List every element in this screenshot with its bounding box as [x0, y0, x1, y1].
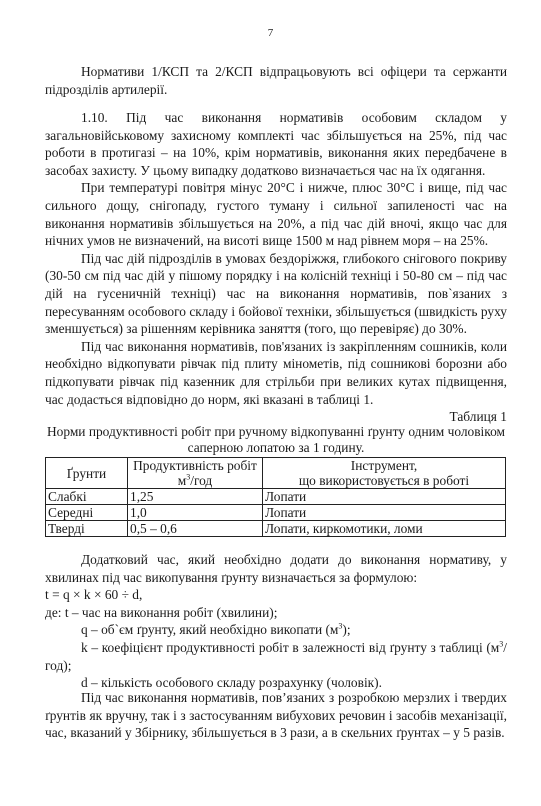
legend-q: q – об`єм ґрунту, який необхідно викопат…	[45, 621, 507, 639]
paragraph-frozen-soils: Під час виконання нормативів, пов’язаних…	[45, 689, 507, 742]
cell-tool: Лопати	[263, 489, 506, 505]
table-row: Слабкі 1,25 Лопати	[46, 489, 506, 505]
table-header-row: Ґрунти Продуктивність робіт м3/год Інстр…	[46, 458, 506, 489]
header-productivity: Продуктивність робіт м3/год	[128, 458, 263, 489]
section-1-10: 1.10. Під час виконання нормативів особо…	[45, 109, 507, 408]
cell-soil: Тверді	[46, 521, 128, 537]
cell-productivity: 0,5 – 0,6	[128, 521, 263, 537]
paragraph-frozen-soils-block: Під час виконання нормативів, пов’язаних…	[45, 689, 507, 742]
legend-t: де: t – час на виконання робіт (хвилини)…	[45, 604, 507, 622]
paragraph-ksp-norms: Нормативи 1/КСП та 2/КСП відпрацьовують …	[45, 63, 507, 98]
cell-tool: Лопати	[263, 505, 506, 521]
header-tool: Інструмент, що використовується в роботі	[263, 458, 506, 489]
table-caption: Норми продуктивності робіт при ручному в…	[45, 424, 507, 456]
legend-k: k – коефіцієнт продуктивності робіт в за…	[45, 639, 507, 674]
cell-soil: Середні	[46, 505, 128, 521]
table-row: Тверді 0,5 – 0,6 Лопати, киркомотики, ло…	[46, 521, 506, 537]
cell-productivity: 1,0	[128, 505, 263, 521]
table-label: Таблиця 1	[450, 409, 508, 425]
paragraph-protective-kit: 1.10. Під час виконання нормативів особо…	[45, 109, 507, 179]
page-number: 7	[0, 27, 541, 39]
cell-tool: Лопати, киркомотики, ломи	[263, 521, 506, 537]
paragraph-offroad-conditions: Під час дій підрозділів в умовах бездорі…	[45, 250, 507, 338]
paragraph-weather-conditions: При температурі повітря мінус 20°С і ниж…	[45, 179, 507, 249]
header-soil: Ґрунти	[46, 458, 128, 489]
paragraph-coulter-digging: Під час виконання нормативів, пов'язаних…	[45, 338, 507, 408]
formula-section: Додатковий час, який необхідно додати до…	[45, 551, 507, 692]
cell-soil: Слабкі	[46, 489, 128, 505]
formula: t = q × k × 60 ÷ d,	[45, 586, 507, 604]
paragraph-text: Нормативи 1/КСП та 2/КСП відпрацьовують …	[45, 63, 507, 98]
productivity-table: Ґрунти Продуктивність робіт м3/год Інстр…	[45, 457, 506, 537]
table-row: Середні 1,0 Лопати	[46, 505, 506, 521]
paragraph-additional-time: Додатковий час, який необхідно додати до…	[45, 551, 507, 586]
cell-productivity: 1,25	[128, 489, 263, 505]
